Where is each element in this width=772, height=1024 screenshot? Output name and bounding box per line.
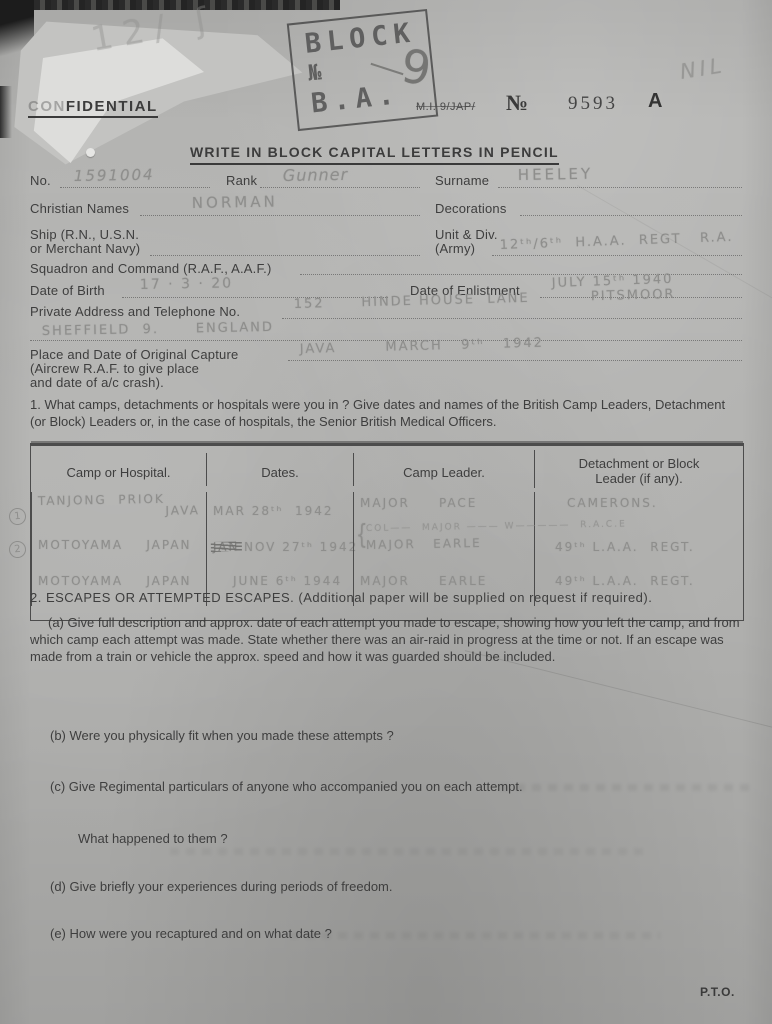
col-header-camp: Camp or Hospital. [31,453,206,486]
camp-detachment: 49ᵗʰ L.A.A. REGT. [555,574,695,588]
col-header-dates: Dates. [206,453,353,486]
scanned-pow-questionnaire-page: 12/ ʃ BLOCK № B.A. 9 CONFIDENTIAL M.I. 9… [0,0,772,1024]
camp-leader: MAJOR EARLE [366,536,482,552]
bleed-through-smudge [290,932,660,939]
confidential-faded-part: CON [28,98,66,115]
camp-dates-struck: JAN [213,540,240,554]
field-ship-label: Ship (R.N., U.S.N. or Merchant Navy) [30,228,140,256]
serial-no-value: 9593 [568,93,618,115]
dotted-line [140,215,420,216]
col-header-leader: Camp Leader. [353,453,534,486]
field-rank-value: Gunner [283,165,349,185]
field-surname-label: Surname [435,174,489,188]
field-address-label: Private Address and Telephone No. [30,305,240,319]
scan-edge-left-mark [0,86,12,138]
camp-detachment: 49ᵗʰ L.A.A. REGT. [555,540,695,554]
field-address-value-line2: SHEFFIELD 9. ENGLAND [42,320,274,339]
camp-detachment: CAMERONS. [567,496,658,510]
field-surname-value: HEELEY [518,165,594,184]
field-capture-label-line2: (Aircrew R.A.F. to give place [30,362,238,376]
bleed-through-smudge [500,784,750,791]
camps-table-row-2: MOTOYAMA JAPAN JAN NOV 27ᵗʰ 1942 { COL——… [31,530,743,564]
field-christian-names-label: Christian Names [30,202,129,216]
camp-leader: MAJOR PACE [360,496,477,510]
cell-camp: TANJONG PRIOK JAVA [31,492,206,530]
question-2d-text: (d) Give briefly your experiences during… [50,878,700,895]
dotted-line [498,187,742,188]
camp-dates: MAR 28ᵗʰ 1942 [213,504,334,518]
ref-code: M.I. 9/JAP/ [416,101,475,113]
serial-no-suffix: A [648,90,662,113]
col-header-detachment: Detachment or Block Leader (if any). [534,450,743,488]
field-no-value: 1591004 [74,166,155,185]
field-rank-label: Rank [226,174,257,188]
field-capture-label-line3: and date of a/c crash). [30,376,238,390]
confidential-rest-part: FIDENTIAL [66,98,158,115]
dotted-line [150,255,420,256]
cell-dates: JAN NOV 27ᵗʰ 1942 [206,530,353,564]
row-marker-1: 1 [8,507,27,526]
question-1-text: 1. What camps, detachments or hospitals … [30,396,744,430]
field-capture-label: Place and Date of Original Capture (Airc… [30,348,238,390]
bleed-through-smudge [170,848,650,855]
handwritten-nil: NIL [678,53,727,84]
field-capture-label-line1: Place and Date of Original Capture [30,348,238,362]
cell-camp: MOTOYAMA JAPAN [31,530,206,564]
pto-marking: P.T.O. [700,985,735,999]
camp-leader: MAJOR EARLE [360,574,487,588]
camp-country: JAVA [38,503,200,520]
dotted-line [260,187,420,188]
field-capture-value: JAVA MARCH 9ᵗʰ 1942 [300,336,545,357]
dotted-line [288,360,742,361]
hole-punch [86,148,95,157]
field-decorations-label: Decorations [435,202,507,216]
cell-detachment: 49ᵗʰ L.A.A. REGT. [534,530,743,564]
question-2c-followup-text: What happened to them ? [78,830,228,847]
field-unit-label: Unit & Div. (Army) [435,228,498,256]
field-unit-value: 12ᵗʰ/6ᵗʰ H.A.A. REGT R.A. [499,230,733,253]
dotted-line [492,255,742,256]
camp-dates: JUNE 6ᵗʰ 1944 [233,574,342,588]
question-2a-text: (a) Give full description and approx. da… [30,614,746,665]
dotted-line [60,187,210,188]
cell-leader: { COL—— MAJOR ——— W————— R.A.C.E MAJOR E… [353,530,534,564]
question-2b-text: (b) Were you physically fit when you mad… [50,727,650,744]
field-ship-label-line1: Ship (R.N., U.S.N. [30,228,140,242]
page-title: WRITE IN BLOCK CAPITAL LETTERS IN PENCIL [190,144,559,165]
camp-name: MOTOYAMA JAPAN [38,574,192,588]
dotted-line [300,274,742,275]
field-dob-label: Date of Birth [30,284,105,298]
confidential-marking: CONFIDENTIAL [28,98,158,118]
dotted-line [282,318,742,319]
field-unit-label-line2: (Army) [435,242,498,256]
serial-no-label: № [506,90,528,116]
row-marker-2: 2 [8,540,27,559]
field-no-label: No. [30,174,51,188]
camp-name: MOTOYAMA JAPAN [38,538,192,552]
question-2-heading: 2. ESCAPES OR ATTEMPTED ESCAPES. (Additi… [30,589,744,606]
field-squadron-label: Squadron and Command (R.A.F., A.A.F.) [30,262,272,276]
field-unit-label-line1: Unit & Div. [435,228,498,242]
camps-table-header-row: Camp or Hospital. Dates. Camp Leader. De… [31,446,743,492]
field-dob-value: 17 · 3 · 20 [140,275,234,293]
cell-dates: MAR 28ᵗʰ 1942 [206,492,353,530]
field-ship-label-line2: or Merchant Navy) [30,242,140,256]
field-christian-names-value: NORMAN [192,193,278,212]
camp-dates: NOV 27ᵗʰ 1942 [244,540,358,554]
